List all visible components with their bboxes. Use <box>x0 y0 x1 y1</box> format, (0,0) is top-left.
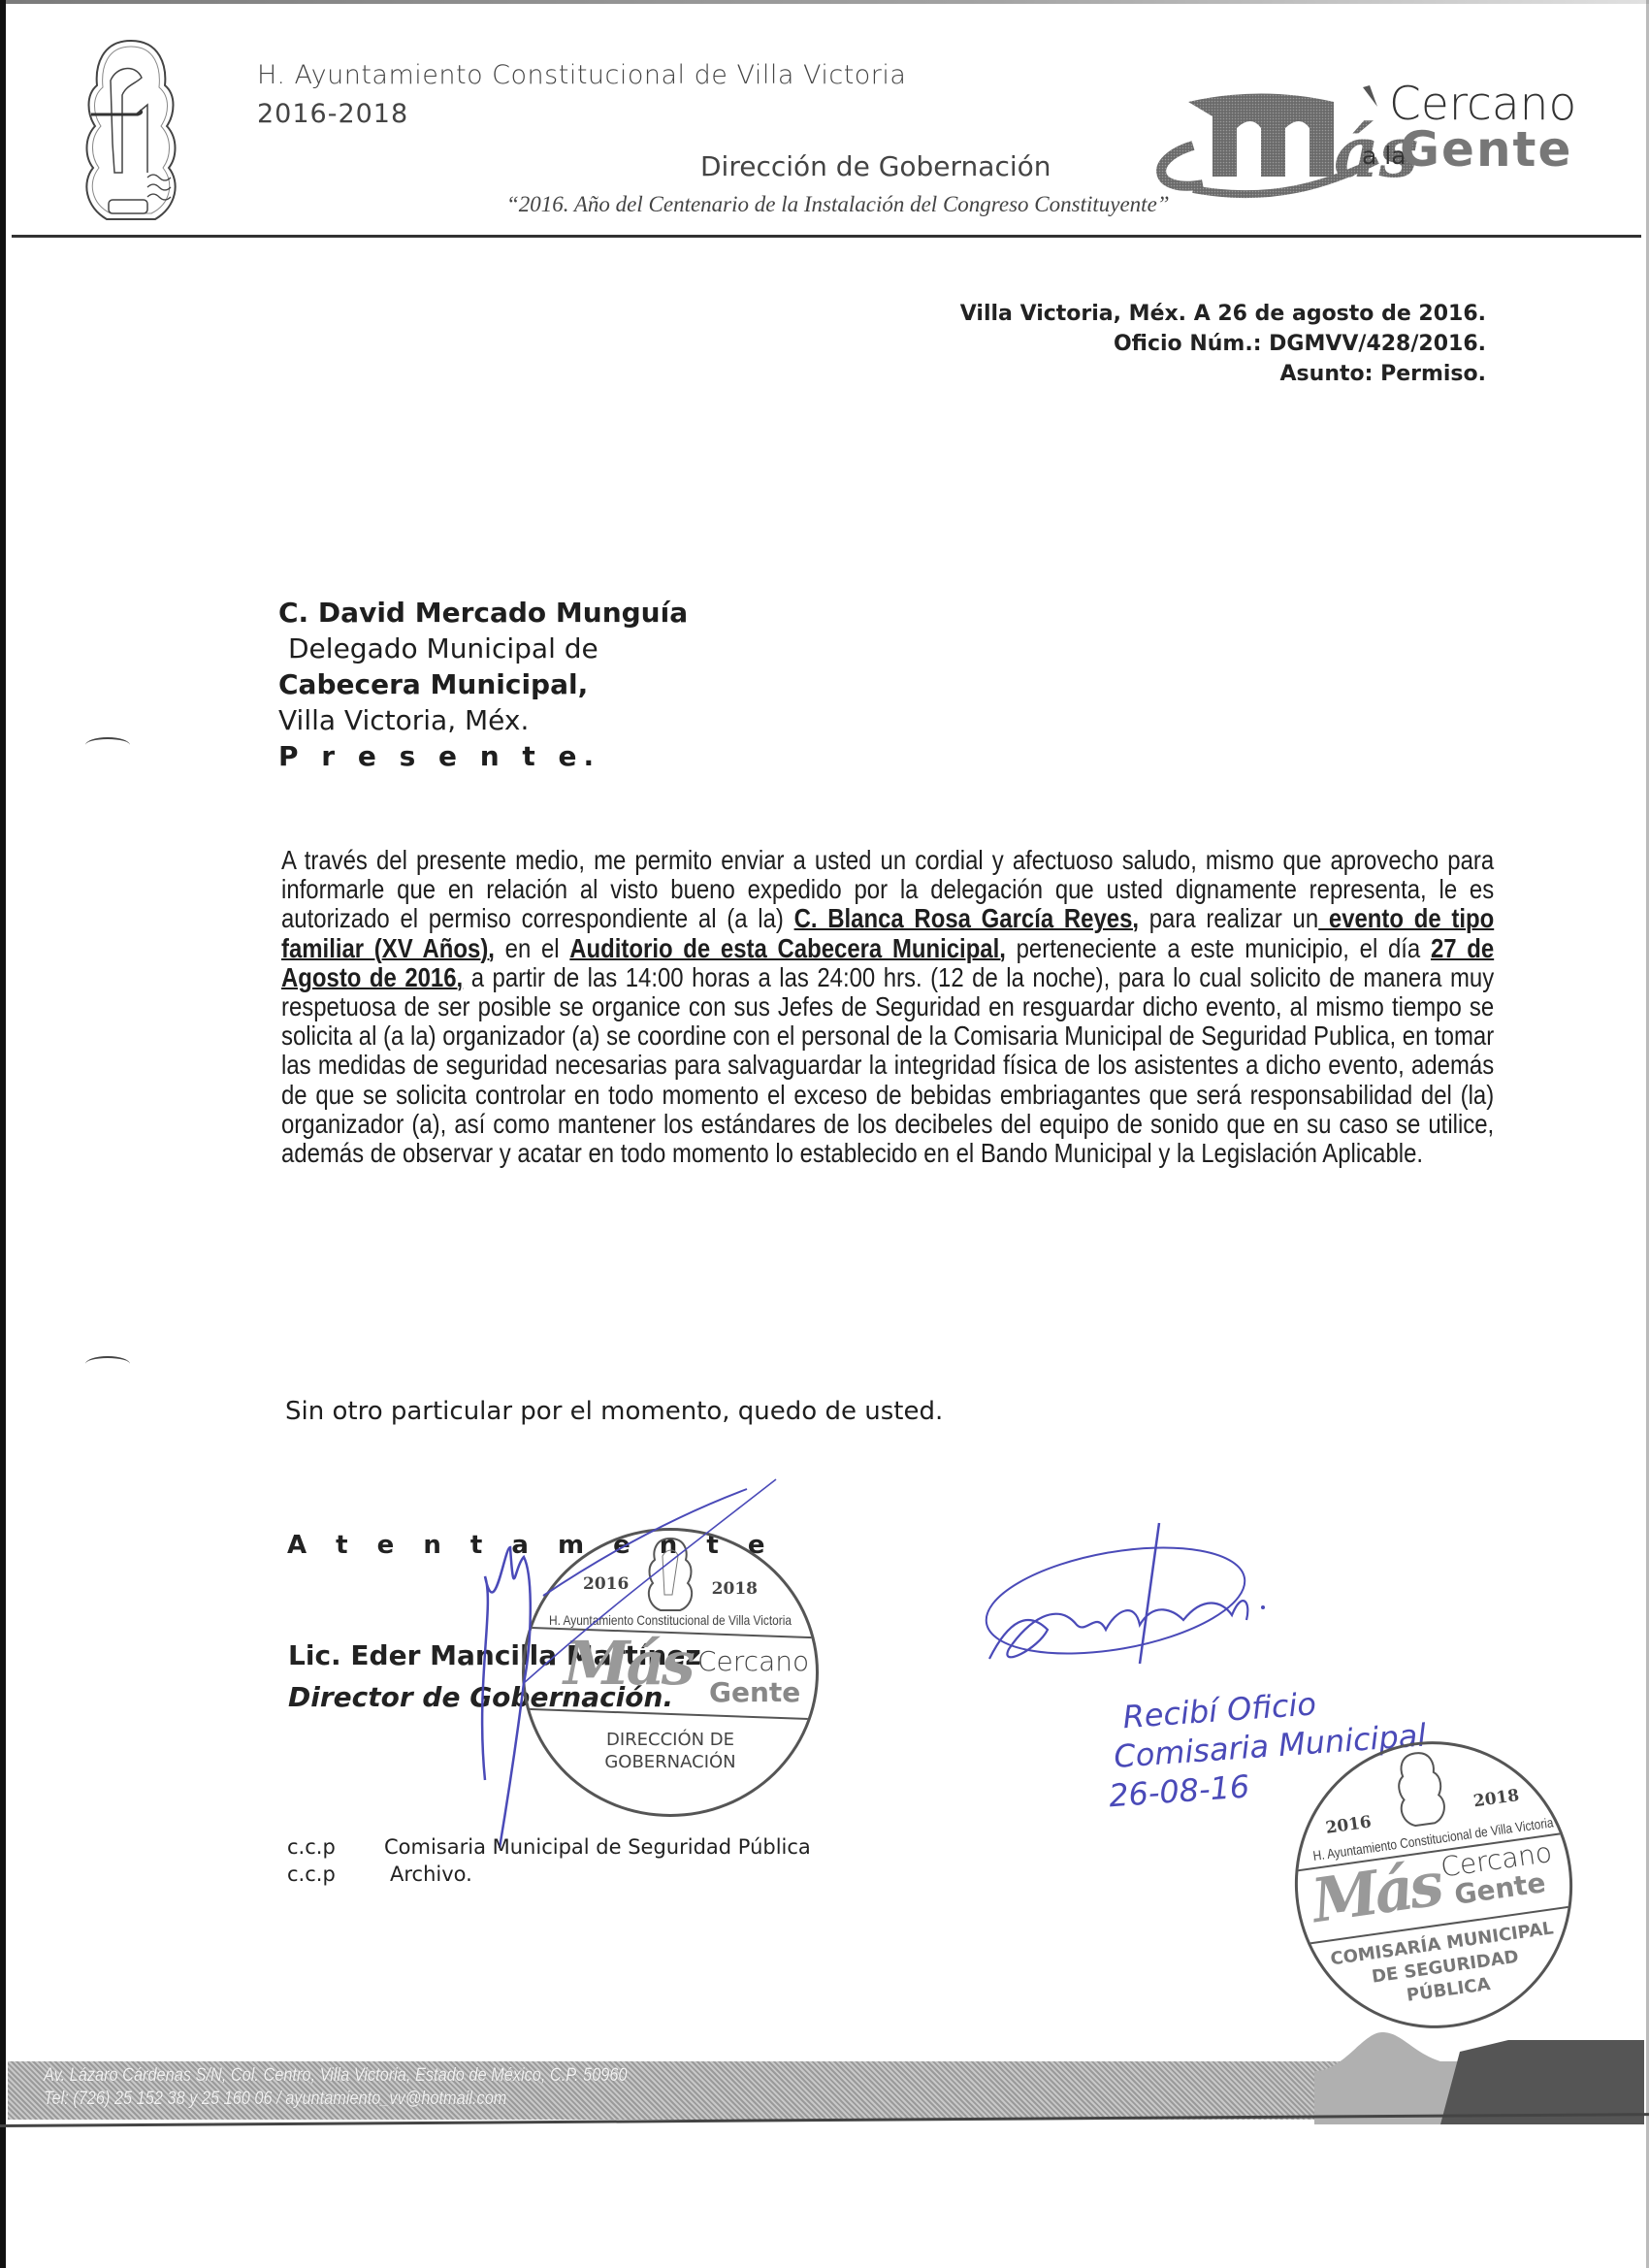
footer-contact: Av. Lázaro Cárdenas S/N, Col. Centro, Vi… <box>44 2064 628 2111</box>
director-signature <box>456 1489 805 1858</box>
receiver-signature <box>970 1504 1290 1678</box>
closing-line: Sin otro particular por el momento, qued… <box>285 1397 943 1426</box>
carbon-copy-list: c.c.pComisaria Municipal de Seguridad Pú… <box>287 1833 811 1888</box>
footer-phone-email: Tel: (726) 25 152 38 y 25 160 06 / ayunt… <box>44 2088 628 2111</box>
administration-period: 2016-2018 <box>257 99 408 129</box>
municipal-crest-icon <box>78 37 184 226</box>
footer-address: Av. Lázaro Cárdenas S/N, Col. Centro, Vi… <box>44 2064 628 2088</box>
addressee-role: Delegado Municipal de <box>278 631 688 666</box>
addressee-location: Villa Victoria, Méx. <box>278 702 688 738</box>
annual-motto: “2016. Año del Centenario de la Instalac… <box>506 192 1170 217</box>
event-venue: Auditorio de esta Cabecera Municipal, <box>569 933 1006 963</box>
addressee-name: C. David Mercado Munguía <box>278 595 688 631</box>
punch-hole-mark <box>85 737 130 753</box>
scan-edge-left <box>0 0 6 2268</box>
scan-edge <box>0 0 1649 4</box>
oficio-number: Oficio Núm.: DGMVV/428/2016. <box>960 329 1486 359</box>
letter-metadata: Villa Victoria, Méx. A 26 de agosto de 2… <box>960 299 1486 389</box>
punch-hole-mark <box>85 1356 130 1372</box>
brand-word-gente: Gente <box>1400 121 1572 178</box>
addressee-entity: Cabecera Municipal, <box>278 666 688 702</box>
institution-name: H. Ayuntamiento Constitucional de Villa … <box>257 60 906 90</box>
department-name: Dirección de Gobernación <box>700 150 1051 182</box>
addressee-block: C. David Mercado Munguía Delegado Munici… <box>278 595 688 774</box>
letter-body: A través del presente medio, me permito … <box>281 846 1494 1168</box>
cc-item: c.c.pComisaria Municipal de Seguridad Pú… <box>287 1833 811 1861</box>
place-and-date: Villa Victoria, Méx. A 26 de agosto de 2… <box>960 299 1486 329</box>
cc-item: c.c.pArchivo. <box>287 1861 811 1888</box>
subject: Asunto: Permiso. <box>960 359 1486 389</box>
beneficiary-name: C. Blanca Rosa García Reyes, <box>794 903 1139 933</box>
salutation: P r e s e n t e. <box>278 738 688 774</box>
crest-icon <box>1388 1747 1452 1830</box>
header-divider <box>12 235 1641 238</box>
footer-mountain-graphic-icon <box>1314 2032 1644 2124</box>
